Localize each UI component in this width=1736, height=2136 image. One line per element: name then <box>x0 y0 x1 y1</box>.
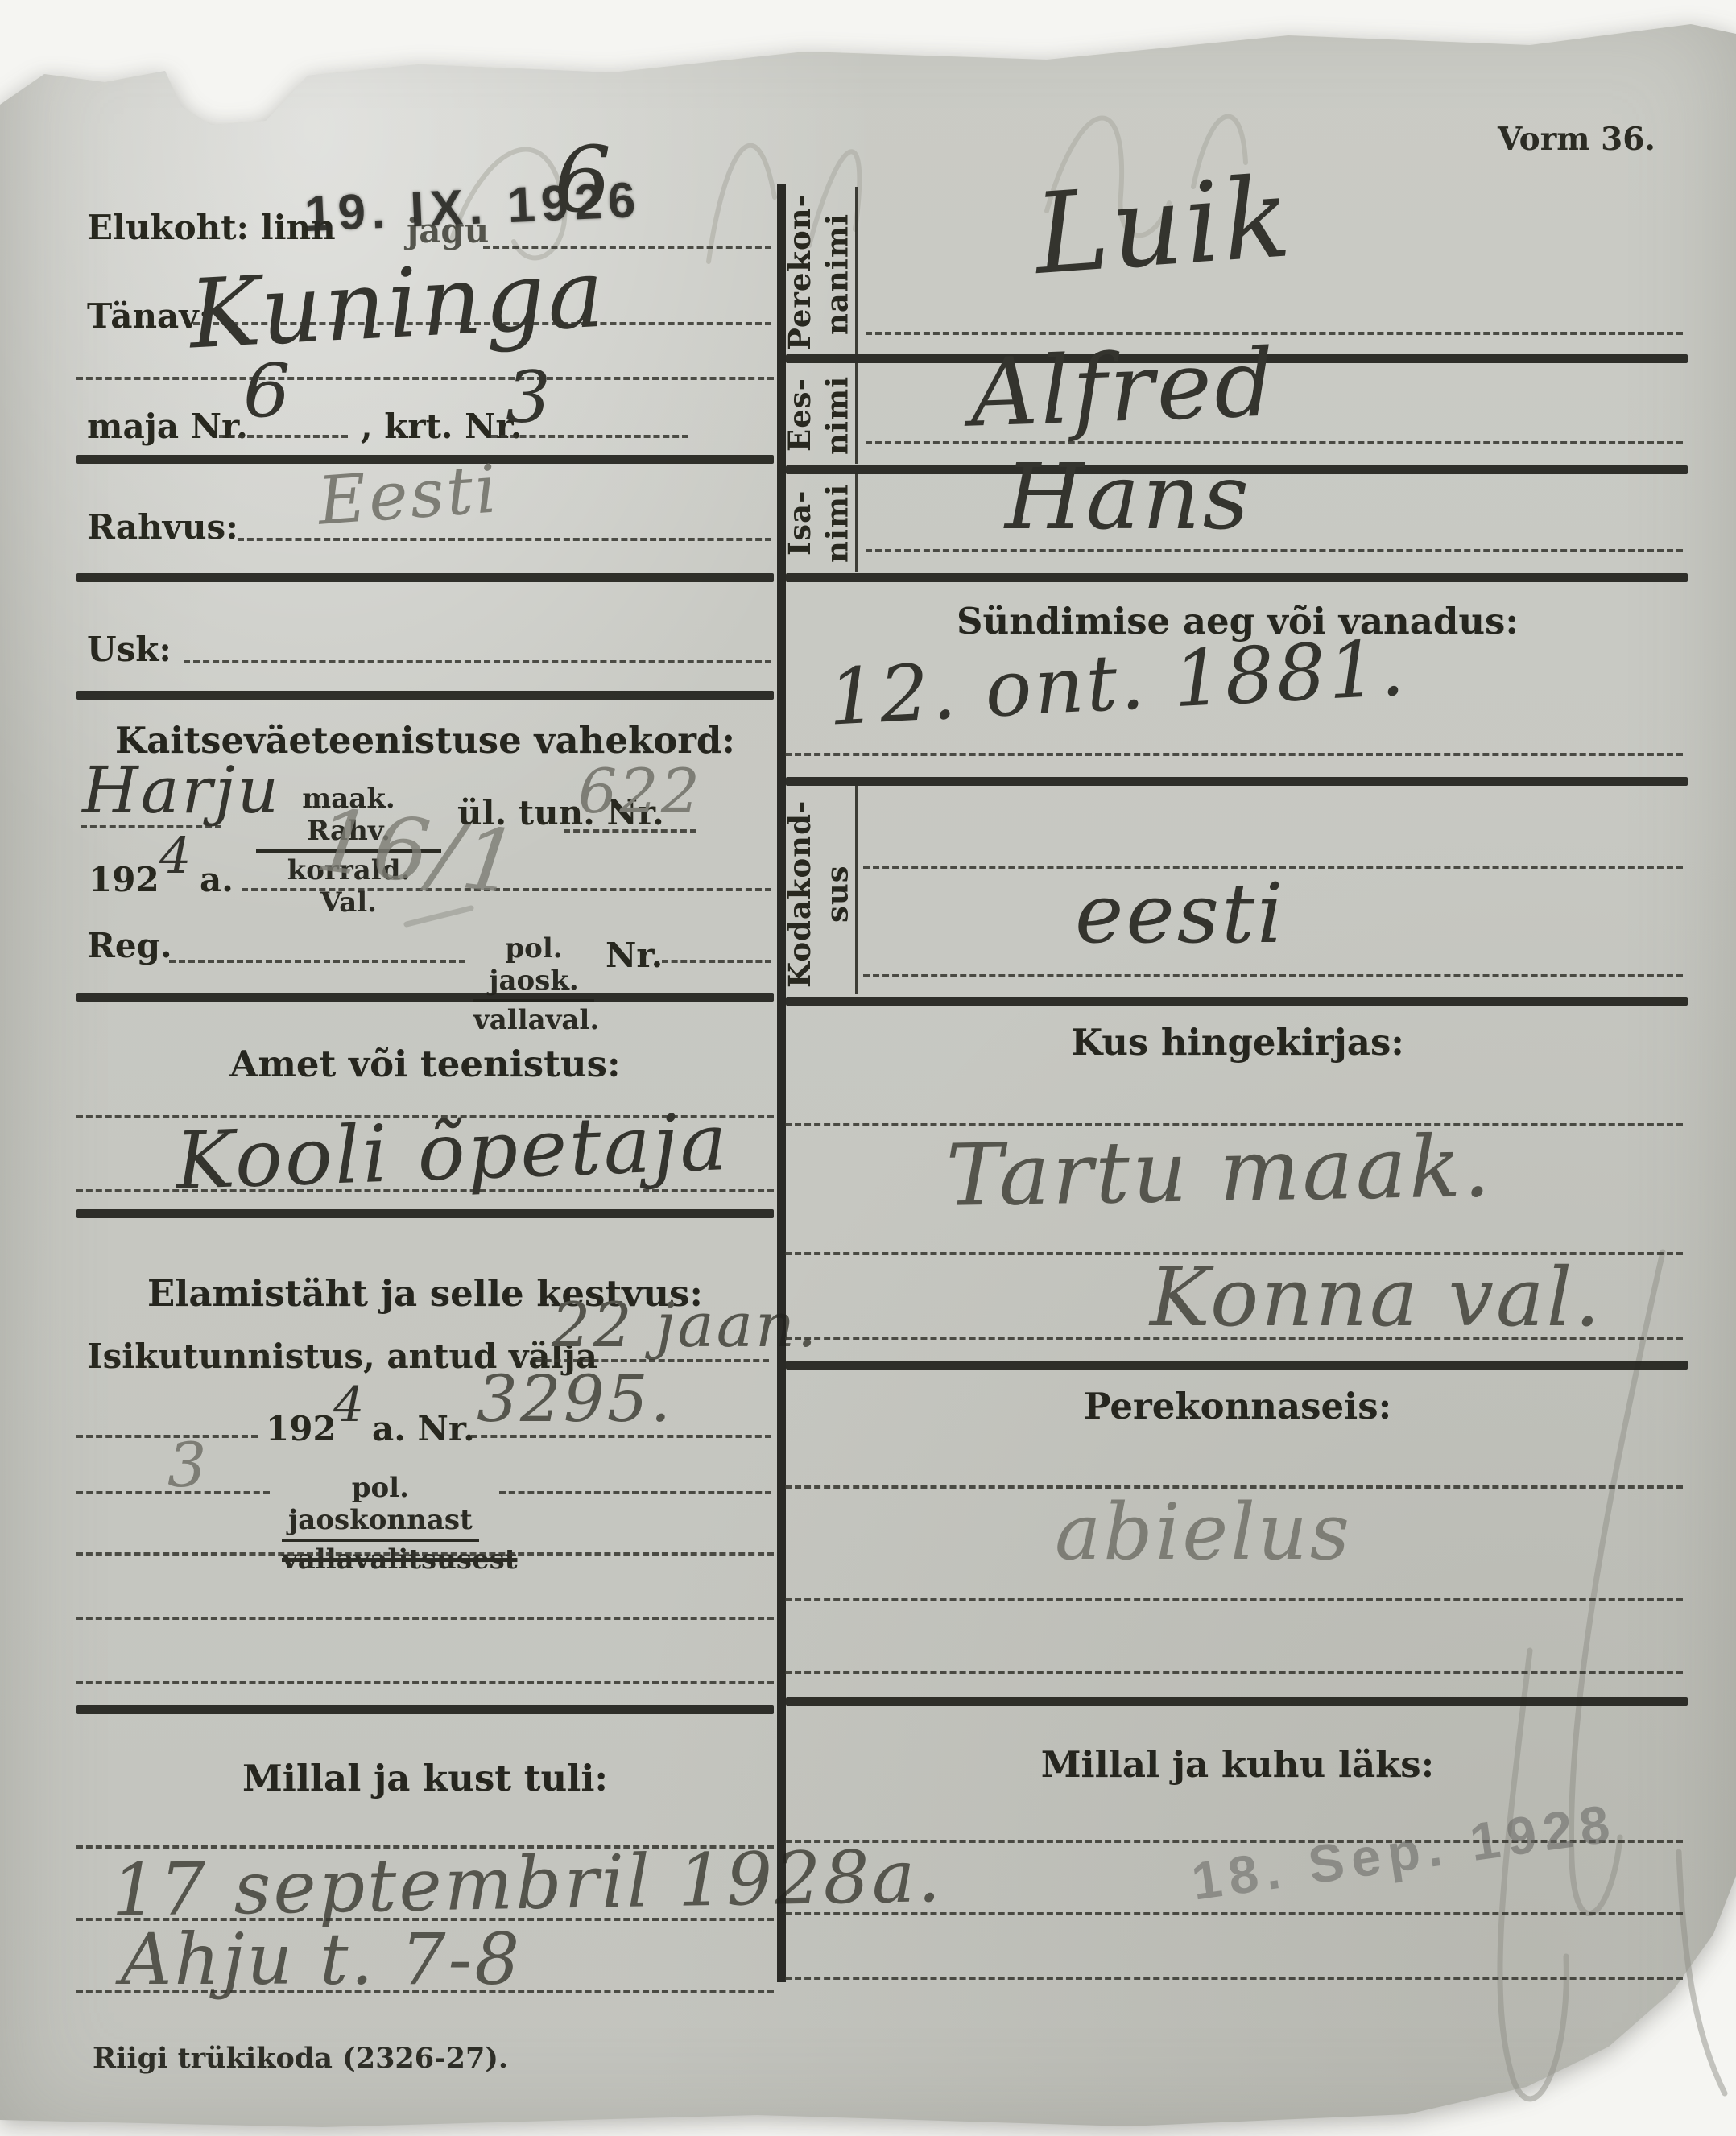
thick-rule <box>76 1705 774 1714</box>
parish-line1-handwriting: Tartu maak. <box>945 1124 1493 1219</box>
id-nr-label: a. Nr. <box>372 1409 475 1448</box>
label-divider <box>855 187 858 354</box>
dashed-line <box>76 377 774 380</box>
dashed-line <box>184 660 771 663</box>
id-year-prefix: 192 <box>266 1409 337 1448</box>
label-divider <box>855 363 858 464</box>
tanav-value-handwriting: Kuninga <box>187 246 609 362</box>
parish-line2-handwriting: Konna val. <box>1150 1258 1602 1338</box>
military-year-suffix: a. <box>200 860 234 899</box>
thick-rule <box>76 993 774 1002</box>
thick-rule <box>786 1361 1688 1370</box>
krt-label: , krt. Nr. <box>361 407 522 446</box>
dashed-line <box>76 1990 774 1993</box>
scanned-registration-form: Vorm 36. Elukoht: linn jagu 19. IX. 1926… <box>0 0 1736 2136</box>
dashed-line <box>491 435 688 438</box>
thick-rule <box>786 1697 1688 1706</box>
dashed-line <box>76 1617 774 1620</box>
maja-label: maja Nr. <box>87 407 248 446</box>
firstname-value-handwriting: Alfred <box>969 337 1278 440</box>
form-number: Vorm 36. <box>1498 121 1655 158</box>
dashed-line <box>785 1337 1683 1340</box>
printer-imprint: Riigi trükikoda (2326-27). <box>93 2042 508 2075</box>
parish-heading: Kus hingekirjas: <box>787 1021 1688 1064</box>
amet-heading: Amet või teenistus: <box>76 1043 774 1085</box>
military-year-digit-handwriting: 4 <box>159 831 193 881</box>
district-fraction: pol. jaoskonnast vallavalitsusest <box>282 1472 467 1576</box>
rahvus-label: Rahvus: <box>87 507 238 547</box>
dashed-line <box>785 1671 1683 1674</box>
dashed-line <box>238 538 771 541</box>
dashed-line <box>76 1491 270 1494</box>
dashed-line <box>81 825 221 828</box>
dashed-line <box>219 435 348 438</box>
thick-rule <box>786 997 1688 1006</box>
dashed-line <box>662 960 771 963</box>
dashed-line <box>785 1977 1683 1980</box>
citizenship-label: Kodakond- sus <box>781 797 852 990</box>
dashed-line <box>785 753 1683 756</box>
dashed-line <box>866 441 1683 444</box>
thick-rule <box>786 777 1688 786</box>
thick-rule <box>76 573 774 582</box>
thick-rule <box>76 1209 774 1218</box>
reg-frac-bottom: vallaval. <box>473 1002 594 1036</box>
elukoht-label: Elukoht: linn <box>87 208 336 247</box>
district-frac-top: pol. jaoskonnast <box>282 1472 479 1542</box>
citizenship-value-handwriting: eesti <box>1075 874 1286 956</box>
reg-label: Reg. <box>87 926 172 965</box>
id-nr-value-handwriting: 3295. <box>477 1367 673 1432</box>
firstname-label: Ees- nimi <box>781 369 852 461</box>
dashed-line <box>76 1189 774 1192</box>
dashed-line <box>863 974 1683 977</box>
dashed-line <box>76 1681 774 1684</box>
amet-value-handwriting: Kooli õpetaja <box>174 1103 730 1201</box>
arrival-line2-handwriting: Ahju t. 7-8 <box>121 1924 522 1995</box>
label-divider <box>855 786 858 994</box>
thick-rule <box>76 691 774 700</box>
fathername-label: Isa- nimi <box>781 477 852 569</box>
krt-value-handwriting: 3 <box>506 362 553 433</box>
departure-heading: Millal ja kuhu läks: <box>787 1743 1688 1786</box>
fathername-value-handwriting: Hans <box>1005 452 1251 543</box>
rahvus-value-handwriting: Eesti <box>316 457 501 535</box>
thick-rule <box>786 573 1688 582</box>
dashed-line <box>564 829 696 833</box>
district-value-handwriting: 3 <box>167 1435 209 1496</box>
reg-nr-label: Nr. <box>606 936 663 975</box>
marital-value-handwriting: abielus <box>1055 1494 1352 1571</box>
label-divider <box>855 473 858 572</box>
surname-value-handwriting: Luik <box>1031 162 1296 291</box>
elukoht-annotation-handwriting: 6 <box>554 135 614 225</box>
district-frac-bottom: vallavalitsusest <box>282 1542 467 1576</box>
id-year-digit-handwriting: 4 <box>333 1381 366 1429</box>
dashed-line <box>499 1491 771 1494</box>
dashed-line <box>169 960 465 963</box>
usk-label: Usk: <box>87 630 172 669</box>
dashed-line <box>785 1912 1683 1915</box>
military-note-handwriting: 16/1 <box>311 797 525 908</box>
military-year-prefix: 192 <box>89 860 159 899</box>
dashed-line <box>76 1552 774 1556</box>
military-place-handwriting: Harju <box>82 758 281 823</box>
arrival-heading: Millal ja kust tuli: <box>76 1757 774 1799</box>
surname-label: Perekon- nanimi <box>781 197 852 350</box>
dashed-line <box>471 1435 771 1438</box>
reg-fraction: pol. jaosk. vallaval. <box>473 932 594 1036</box>
dashed-line <box>866 549 1683 552</box>
marital-heading: Perekonnaseis: <box>787 1385 1688 1427</box>
military-cert-value-handwriting: 622 <box>578 761 702 822</box>
dashed-line <box>785 1598 1683 1601</box>
maja-value-handwriting: 6 <box>243 354 293 428</box>
